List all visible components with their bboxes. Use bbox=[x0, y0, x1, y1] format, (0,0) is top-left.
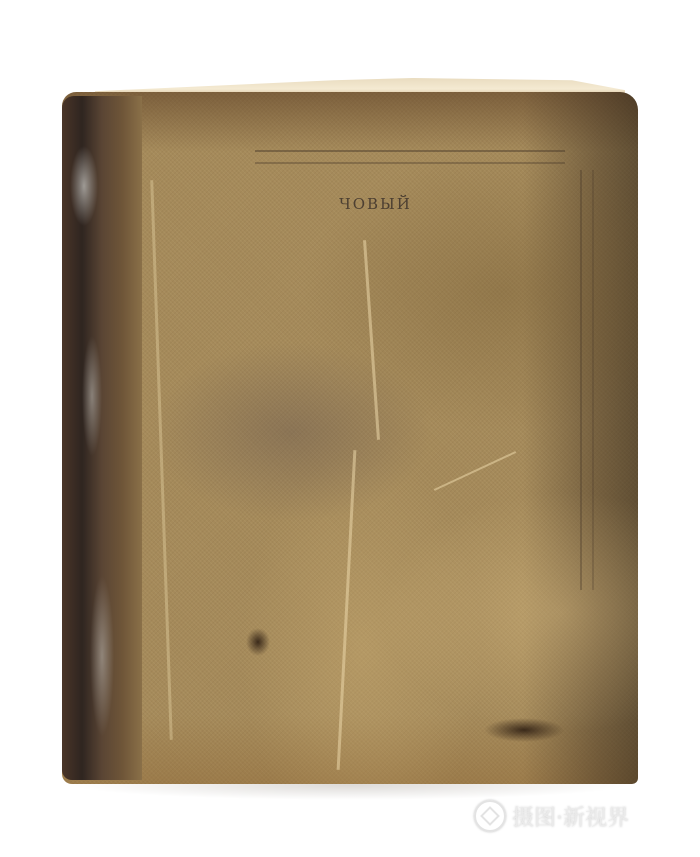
watermark: 摄图·新视界 bbox=[474, 798, 629, 834]
aperture-icon bbox=[474, 800, 506, 832]
cover-faded-title: ЧОВЫЙ bbox=[318, 192, 433, 216]
cover-embossed-frame-right bbox=[580, 170, 594, 590]
book-spine bbox=[62, 96, 142, 780]
watermark-text: 摄图·新视界 bbox=[512, 801, 629, 832]
cover-embossed-frame-top bbox=[255, 150, 565, 164]
book-photo: ЧОВЫЙ bbox=[0, 0, 700, 857]
